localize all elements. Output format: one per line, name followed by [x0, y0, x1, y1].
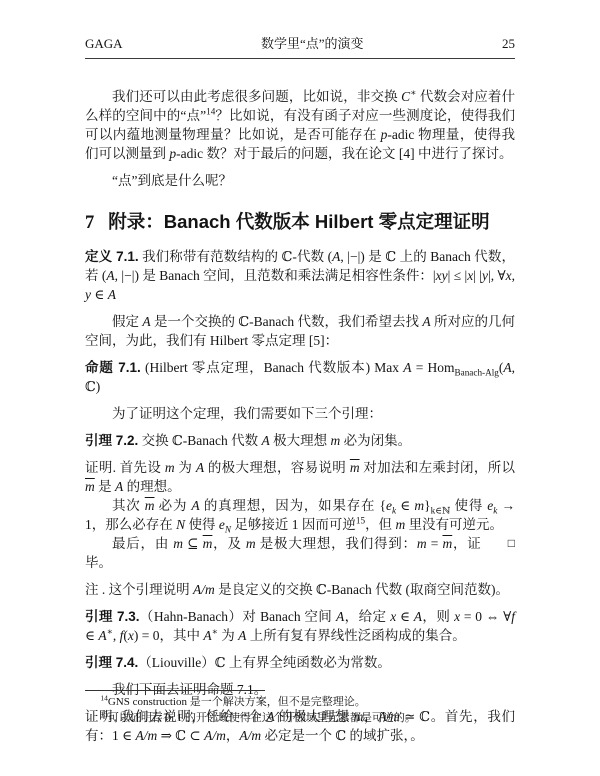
article-body: 我们还可以由此考虑很多问题，比如说，非交换 C∗ 代数会对应着什么样的空间中的“…	[85, 87, 515, 745]
paragraph-what-is-a-point: “点”到底是什么呢？	[85, 171, 515, 190]
proposition-7-1: 命题 7.1. (Hilbert 零点定理，Banach 代数版本) Max A…	[85, 358, 515, 396]
section-title: 附录：Banach 代数版本 Hilbert 零点定理证明	[108, 211, 489, 232]
page-number: 25	[502, 34, 515, 53]
footnote-14: 14GNS construction 是一个解决方案，但不是完整理论。	[85, 695, 515, 711]
document-page: GAGA 数学里“点”的演变 25 我们还可以由此考虑很多问题，比如说，非交换 …	[0, 0, 600, 776]
paragraph-assume-commutative: 假定 A 是一个交换的 ℂ-Banach 代数，我们希望去找 A 所对应的几何空…	[85, 312, 515, 350]
proof-closing-text: 最后，由 m ⊆ m，及 m 是极大理想，我们得到：m = m，证毕。	[85, 536, 481, 570]
proof-lemma-7-2-para-3: □最后，由 m ⊆ m，及 m 是极大理想，我们得到：m = m，证毕。	[85, 534, 515, 572]
paragraph-three-lemmas: 为了证明这个定理，我们需要如下三个引理：	[85, 404, 515, 423]
remark-quotient-algebra: 注 . 这个引理说明 A/m 是良定义的交换 ℂ-Banach 代数 (取商空间…	[85, 580, 515, 599]
paragraph-noncommutative-questions: 我们还可以由此考虑很多问题，比如说，非交换 C∗ 代数会对应着什么样的空间中的“…	[85, 87, 515, 163]
footnote-15: 15可以证明存在 1 的开邻域使得在这个开邻域里元素都是可逆的。	[85, 711, 515, 727]
footnote-area: 14GNS construction 是一个解决方案，但不是完整理论。 15可以…	[85, 690, 515, 726]
definition-7-1: 定义 7.1. 我们称带有范数结构的 ℂ-代数 (A, |−|) 是 ℂ 上的 …	[85, 247, 515, 304]
proof-lemma-7-2-para-1: 证明. 首先设 m 为 A 的极大理想，容易说明 m 对加法和左乘封闭，所以 m…	[85, 458, 515, 496]
lemma-7-4-liouville: 引理 7.4.（Liouville）ℂ 上有界全纯函数必为常数。	[85, 653, 515, 672]
qed-tombstone-icon: □	[481, 534, 515, 553]
section-number: 7	[85, 213, 94, 233]
proof-lemma-7-2-para-2: 其次 m 必为 A 的真理想，因为，如果存在 {ek ∈ m}k∈ℕ 使得 ek…	[85, 496, 515, 534]
section-heading-appendix: 7附录：Banach 代数版本 Hilbert 零点定理证明	[85, 210, 515, 235]
journal-name: GAGA	[85, 34, 123, 53]
page-header: GAGA 数学里“点”的演变 25	[85, 34, 515, 59]
lemma-7-3-hahn-banach: 引理 7.3.（Hahn-Banach）对 Banach 空间 A，给定 x ∈…	[85, 607, 515, 645]
footnote-rule	[85, 690, 265, 691]
running-title: 数学里“点”的演变	[123, 34, 502, 53]
lemma-7-2: 引理 7.2. 交换 ℂ-Banach 代数 A 极大理想 m 必为闭集。	[85, 431, 515, 450]
